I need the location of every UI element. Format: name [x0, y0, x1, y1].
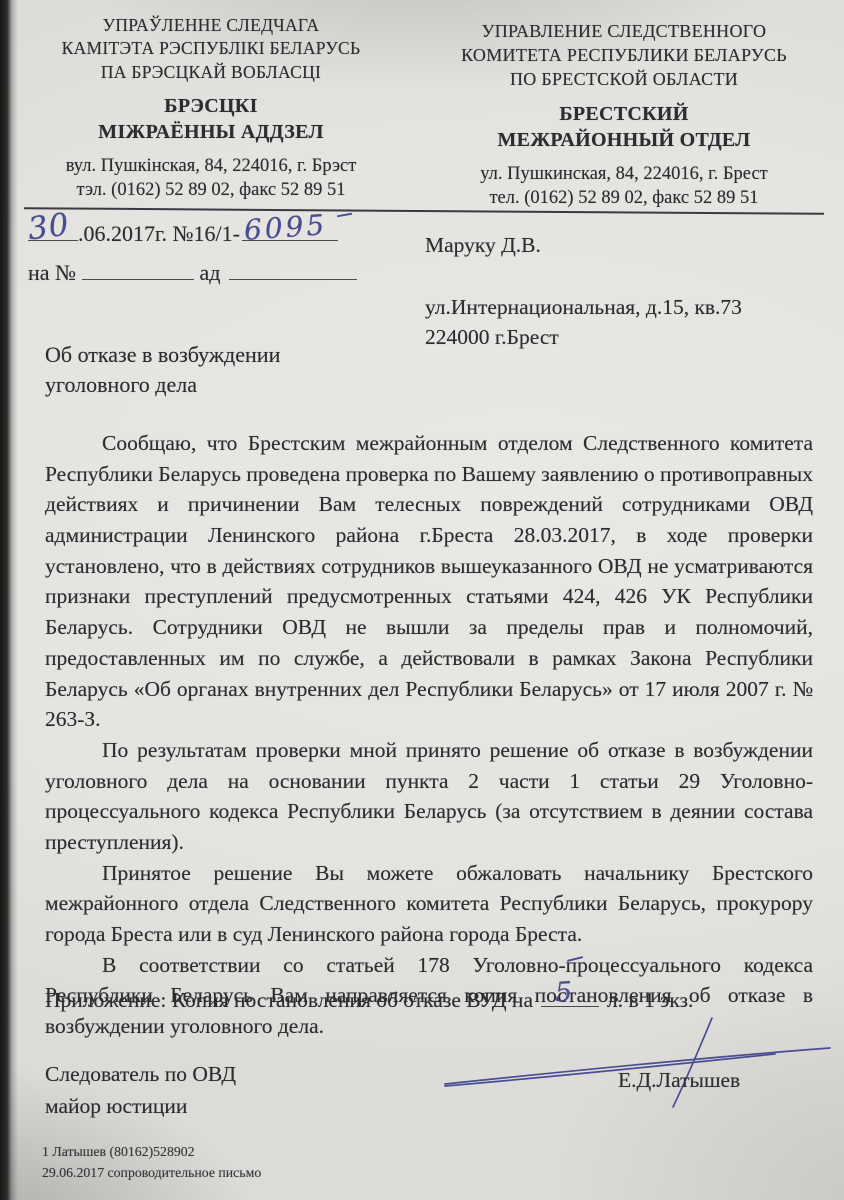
- addressee-block: Маруку Д.В. ул.Интернациональная, д.15, …: [425, 230, 820, 352]
- reply-number-blank: [82, 257, 194, 280]
- body-paragraph: Принятое решение Вы можете обжаловать на…: [45, 858, 813, 950]
- org-name-line: ПО БРЕСТСКОЙ ОБЛАСТИ: [420, 68, 828, 92]
- pages-blank: 5: [541, 984, 599, 1007]
- signer-name: Е.Д.Латышев: [618, 1068, 740, 1093]
- reply-date-blank: [229, 257, 357, 280]
- signer-position-line: Следователь по ОВД: [45, 1058, 236, 1090]
- subject-line: Об отказе в возбуждении: [45, 340, 405, 370]
- org-name-line: ПА БРЭСЦКАЙ ВОБЛАСЦІ: [28, 61, 394, 84]
- org-address: вул. Пушкінская, 84, 224016, г. Брэст: [28, 154, 394, 179]
- signer-position: Следователь по ОВД майор юстиции: [45, 1058, 236, 1123]
- reference-block: 30.06.2017г. №16/1-6095 на № ад: [28, 216, 418, 286]
- footnote-description: 29.06.2017 сопроводительное письмо: [42, 1163, 261, 1184]
- dept-name-line: БРЭСЦКІ: [28, 93, 394, 119]
- body-paragraph: Сообщаю, что Брестским межрайонным отдел…: [45, 428, 813, 735]
- letterhead-belarusian: УПРАЎЛЕННЕ СЛЕДЧАГА КАМІТЭТА РЭСПУБЛІКІ …: [28, 14, 394, 203]
- addressee-name: Маруку Д.В.: [425, 230, 820, 260]
- attachment-suffix: л. в 1 экз.: [607, 988, 693, 1012]
- org-name-line: УПРАВЛЕНИЕ СЛЕДСТВЕННОГО: [420, 20, 828, 44]
- footnote-contact: 1 Латышев (80162)528902: [42, 1142, 261, 1163]
- dept-name-line: БРЕСТСКИЙ: [420, 101, 828, 127]
- dept-name-line: МЕЖРАЙОННЫЙ ОТДЕЛ: [420, 127, 828, 153]
- date-print: .06.2017г. №16/1-: [78, 221, 240, 246]
- org-phone: тел. (0162) 52 89 02, факс 52 89 51: [420, 186, 828, 211]
- subject-block: Об отказе в возбуждении уголовного дела: [45, 340, 405, 401]
- addressee-city: 224000 г.Брест: [425, 322, 820, 352]
- body-paragraph: По результатам проверки мной принято реш…: [45, 735, 813, 858]
- org-name-line: КОМИТЕТА РЕСПУБЛИКИ БЕЛАРУСЬ: [420, 44, 828, 68]
- date-day-blank: 30: [28, 216, 78, 241]
- handwritten-outgoing-number: 6095: [243, 208, 328, 247]
- pen-stroke: [337, 213, 352, 218]
- attachment-line: Приложение: Копия постановления об отказ…: [45, 984, 825, 1013]
- dept-name-line: МІЖРАЁННЫ АДДЗЕЛ: [28, 119, 394, 145]
- outgoing-number-blank: 6095: [242, 216, 338, 241]
- attachment-prefix: Приложение: Копия постановления об отказ…: [45, 988, 533, 1012]
- org-name-line: УПРАЎЛЕННЕ СЛЕДЧАГА: [28, 14, 394, 37]
- org-phone: тэл. (0162) 52 89 02, факс 52 89 51: [28, 178, 394, 203]
- reply-number-label: на №: [28, 260, 76, 285]
- reply-date-label: ад: [200, 260, 221, 285]
- handwritten-page-count: 5: [554, 977, 573, 1009]
- subject-line: уголовного дела: [45, 370, 405, 400]
- scanned-letter: УПРАЎЛЕННЕ СЛЕДЧАГА КАМІТЭТА РЭСПУБЛІКІ …: [0, 0, 844, 1200]
- signer-position-line: майор юстиции: [45, 1090, 236, 1122]
- letter-body: Сообщаю, что Брестским межрайонным отдел…: [45, 428, 813, 1042]
- handwritten-day: 30: [26, 207, 72, 248]
- org-name-line: КАМІТЭТА РЭСПУБЛІКІ БЕЛАРУСЬ: [28, 37, 394, 60]
- handwritten-signature: [430, 1012, 844, 1116]
- addressee-address: ул.Интернациональная, д.15, кв.73: [425, 292, 820, 322]
- footnote: 1 Латышев (80162)528902 29.06.2017 сопро…: [42, 1142, 261, 1183]
- org-address: ул. Пушкинская, 84, 224016, г. Брест: [420, 162, 828, 187]
- letterhead-russian: УПРАВЛЕНИЕ СЛЕДСТВЕННОГО КОМИТЕТА РЕСПУБ…: [420, 20, 828, 211]
